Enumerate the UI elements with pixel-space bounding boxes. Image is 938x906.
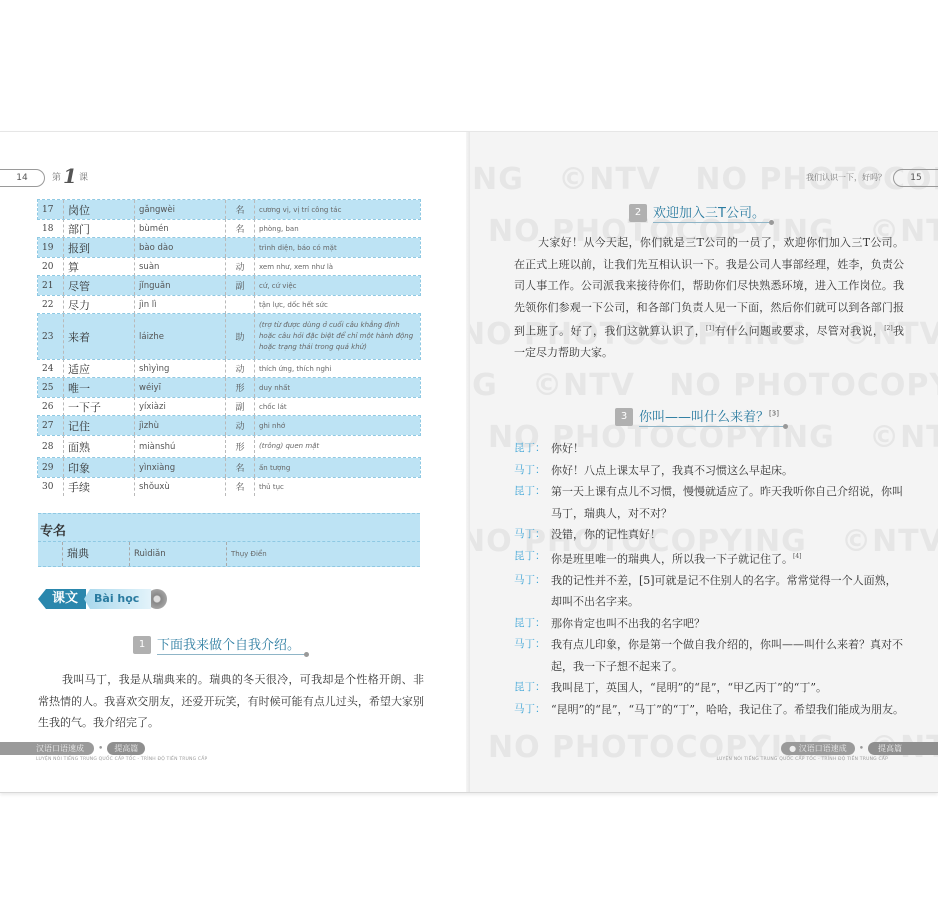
vocab-row: 26一下子yíxiàzi副chốc lát [38, 397, 420, 416]
vocab-part-of-speech [226, 238, 255, 257]
vocab-row: 18部门bùmén名phòng, ban [38, 219, 420, 238]
dialogue-text: 我有点儿印象，你是第一个做自我介绍的，你叫——叫什么来着？真对不起，我一下子想不… [551, 634, 904, 677]
dialogue-text: “昆明”的“昆”，“马丁”的“丁”，哈哈，我记住了。希望我们能成为朋友。 [551, 699, 904, 721]
vocab-meaning: xem như, xem như là [255, 257, 421, 276]
vocab-row: 22尽力jìn lìtận lực, dốc hết sức [38, 295, 420, 314]
section-heading: 你叫——叫什么来着？[3] [639, 406, 785, 427]
dialogue-line: 马丁：我的记性并不差，[5]可就是记不住别人的名字。常常觉得一个人面熟，却叫不出… [514, 570, 904, 613]
dialogue-line: 昆丁：第一天上课有点儿不习惯，慢慢就适应了。昨天我听你自己介绍说，你叫马丁，瑞典… [514, 481, 904, 524]
vocabulary-table: 17岗位gǎngwèi名cương vị, vị trí công tác18部… [38, 200, 420, 496]
vocab-pinyin: shǒuxù [135, 477, 226, 496]
vocab-meaning: cương vị, vị trí công tác [255, 200, 421, 219]
vocab-row: 27记住jìzhù动ghi nhớ [38, 416, 420, 435]
proper-nouns-box: 专名 瑞典 Ruìdiǎn Thụy Điển [38, 513, 420, 567]
vocab-meaning: chốc lát [255, 397, 421, 416]
vocab-index: 29 [38, 458, 64, 477]
speaker-name: 马丁： [514, 570, 551, 613]
vocab-index: 24 [38, 359, 64, 378]
speaker-name: 马丁： [514, 699, 551, 721]
dialogue-text: 你是班里唯一的瑞典人，所以我一下子就记住了。[4] [551, 546, 904, 570]
vocab-index: 27 [38, 416, 64, 435]
proper-noun-hanzi: 瑞典 [62, 542, 129, 566]
vocab-meaning: thủ tục [255, 477, 421, 496]
vocab-part-of-speech: 形 [226, 435, 255, 458]
watermark: IG ©NTV NO PHOTOCOPYING [470, 368, 938, 403]
vocab-pinyin: suàn [135, 257, 226, 276]
proper-noun-meaning: Thụy Điển [226, 542, 267, 566]
footer-book-title: ● 汉语口语速成 [781, 742, 855, 755]
footer-left: 汉语口语速成 • 提高篇 LUYỆN NÓI TIẾNG TRUNG QUỐC … [0, 742, 207, 762]
speaker-name: 马丁： [514, 634, 551, 677]
footer-level: 提高篇 [107, 742, 145, 755]
vocab-meaning: duy nhất [255, 378, 421, 397]
vocab-pinyin: láizhe [135, 314, 226, 359]
vocab-meaning: ghi nhớ [255, 416, 421, 435]
vocab-row: 30手续shǒuxù名thủ tục [38, 477, 420, 496]
vocab-hanzi: 手续 [64, 477, 135, 496]
vocab-hanzi: 岗位 [64, 200, 135, 219]
text-badge-zh: 课文 [38, 589, 86, 609]
speaker-name: 昆丁： [514, 613, 551, 635]
section-1-title: 1 下面我来做个自我介绍。 [133, 634, 306, 655]
vocab-hanzi: 适应 [64, 359, 135, 378]
dialogue-line: 昆丁：我叫昆丁，英国人，“昆明”的“昆”，“甲乙丙丁”的“丁”。 [514, 677, 904, 699]
vocab-hanzi: 算 [64, 257, 135, 276]
vocab-part-of-speech: 名 [226, 477, 255, 496]
vocab-row: 23来着láizhe助(trợ từ được dùng ở cuối câu … [38, 314, 420, 359]
vocab-index: 17 [38, 200, 64, 219]
vocab-hanzi: 报到 [64, 238, 135, 257]
vocab-index: 20 [38, 257, 64, 276]
footer-subtitle: LUYỆN NÓI TIẾNG TRUNG QUỐC CẤP TỐC - TRÌ… [36, 757, 207, 762]
vocab-meaning: phòng, ban [255, 219, 421, 238]
section-heading: 欢迎加入三T公司。 [653, 202, 771, 223]
speaker-name: 马丁： [514, 460, 551, 482]
vocab-meaning: trình diện, báo có mặt [255, 238, 421, 257]
footer-level: 提高篇 [868, 742, 938, 755]
vocab-meaning: cứ, cứ việc [255, 276, 421, 295]
vocab-pinyin: yìnxiàng [135, 458, 226, 477]
vocab-row: 28面熟miànshú形(trông) quen mặt [38, 435, 420, 458]
dialogue-line: 马丁：你好！八点上课太早了，我真不习惯这么早起床。 [514, 460, 904, 482]
vocab-pinyin: yíxiàzi [135, 397, 226, 416]
vocab-pinyin: gǎngwèi [135, 200, 226, 219]
dialogue-text: 那你肯定也叫不出我的名字吧？ [551, 613, 904, 635]
vocab-index: 19 [38, 238, 64, 257]
vocab-part-of-speech: 动 [226, 257, 255, 276]
vocab-part-of-speech [226, 295, 255, 314]
vocab-part-of-speech: 副 [226, 397, 255, 416]
section-number: 1 [133, 636, 151, 654]
vocab-part-of-speech: 动 [226, 416, 255, 435]
vocab-part-of-speech: 动 [226, 359, 255, 378]
proper-noun-row: 瑞典 Ruìdiǎn Thụy Điển [38, 541, 420, 566]
vocab-part-of-speech: 助 [226, 314, 255, 359]
vocab-row: 17岗位gǎngwèi名cương vị, vị trí công tác [38, 200, 420, 219]
vocab-part-of-speech: 名 [226, 458, 255, 477]
vocab-pinyin: bùmén [135, 219, 226, 238]
dialogue-text: 你好！ [551, 438, 904, 460]
dialogue: 昆丁：你好！马丁：你好！八点上课太早了，我真不习惯这么早起床。昆丁：第一天上课有… [514, 438, 904, 720]
proper-noun-pinyin: Ruìdiǎn [129, 542, 226, 566]
dialogue-line: 昆丁：你好！ [514, 438, 904, 460]
page-number-right: 15 [893, 169, 938, 187]
section-2-title: 2 欢迎加入三T公司。 [629, 202, 771, 223]
footer-subtitle: LUYỆN NÓI TIẾNG TRUNG QUỐC CẤP TỐC - TRÌ… [717, 757, 888, 762]
vocab-part-of-speech: 副 [226, 276, 255, 295]
vocab-part-of-speech: 名 [226, 219, 255, 238]
vocab-meaning: thích ứng, thích nghi [255, 359, 421, 378]
proper-nouns-title: 专名 [40, 520, 66, 539]
vocab-meaning: ấn tượng [255, 458, 421, 477]
lesson-label-post: 课 [79, 170, 88, 183]
lesson-marker: 第 1 课 [52, 166, 88, 186]
vocab-pinyin: jìn lì [135, 295, 226, 314]
page-header-title: 我们认识一下，好吗？ [806, 172, 886, 183]
speaker-name: 昆丁： [514, 677, 551, 699]
vocab-pinyin: jǐnguǎn [135, 276, 226, 295]
dialogue-text: 我叫昆丁，英国人，“昆明”的“昆”，“甲乙丙丁”的“丁”。 [551, 677, 904, 699]
vocab-meaning: (trông) quen mặt [255, 435, 421, 458]
speaker-name: 昆丁： [514, 546, 551, 570]
dialogue-line: 马丁：“昆明”的“昆”，“马丁”的“丁”，哈哈，我记住了。希望我们能成为朋友。 [514, 699, 904, 721]
vocab-index: 22 [38, 295, 64, 314]
left-page: 14 第 1 课 17岗位gǎngwèi名cương vị, vị trí cô… [0, 132, 470, 792]
vocab-pinyin: miànshú [135, 435, 226, 458]
vocab-meaning: tận lực, dốc hết sức [255, 295, 421, 314]
vocab-pinyin: wéiyī [135, 378, 226, 397]
vocab-row: 19报到bào dàotrình diện, báo có mặt [38, 238, 420, 257]
vocab-part-of-speech: 形 [226, 378, 255, 397]
vocab-hanzi: 记住 [64, 416, 135, 435]
vocab-index: 30 [38, 477, 64, 496]
dialogue-line: 马丁：我有点儿印象，你是第一个做自我介绍的，你叫——叫什么来着？真对不起，我一下… [514, 634, 904, 677]
vocab-index: 23 [38, 314, 64, 359]
vocab-index: 28 [38, 435, 64, 458]
speaker-name: 昆丁： [514, 438, 551, 460]
footer-book-title: 汉语口语速成 [0, 742, 94, 755]
dialogue-line: 马丁：没错，你的记性真好！ [514, 524, 904, 546]
section-number: 2 [629, 204, 647, 222]
vocab-index: 18 [38, 219, 64, 238]
section-heading: 下面我来做个自我介绍。 [157, 634, 306, 655]
section-3-title: 3 你叫——叫什么来着？[3] [615, 406, 785, 427]
vocab-index: 25 [38, 378, 64, 397]
vocab-row: 21尽管jǐnguǎn副cứ, cứ việc [38, 276, 420, 295]
vocab-pinyin: bào dào [135, 238, 226, 257]
vocab-row: 24适应shìyìng动thích ứng, thích nghi [38, 359, 420, 378]
footer-right: ● 汉语口语速成 • 提高篇 LUYỆN NÓI TIẾNG TRUNG QUỐ… [717, 742, 938, 762]
page-number-left: 14 [0, 169, 45, 187]
vocab-pinyin: jìzhù [135, 416, 226, 435]
vocab-index: 21 [38, 276, 64, 295]
lesson-label-pre: 第 [52, 170, 61, 183]
vocab-hanzi: 面熟 [64, 435, 135, 458]
vocab-hanzi: 一下子 [64, 397, 135, 416]
text-section-badge: 课文 Bài học [38, 589, 167, 609]
vocab-hanzi: 印象 [64, 458, 135, 477]
dialogue-text: 你好！八点上课太早了，我真不习惯这么早起床。 [551, 460, 904, 482]
vocab-hanzi: 唯一 [64, 378, 135, 397]
vocab-hanzi: 部门 [64, 219, 135, 238]
dialogue-text: 没错，你的记性真好！ [551, 524, 904, 546]
vocab-hanzi: 来着 [64, 314, 135, 359]
dialogue-line: 昆丁：那你肯定也叫不出我的名字吧？ [514, 613, 904, 635]
vocab-row: 20算suàn动xem như, xem như là [38, 257, 420, 276]
dialogue-text: 第一天上课有点儿不习惯，慢慢就适应了。昨天我听你自己介绍说，你叫马丁，瑞典人，对… [551, 481, 904, 524]
vocab-pinyin: shìyìng [135, 359, 226, 378]
speaker-name: 马丁： [514, 524, 551, 546]
lesson-number: 1 [63, 166, 77, 186]
vocab-index: 26 [38, 397, 64, 416]
section-2-paragraph: 大家好！从今天起，你们就是三T公司的一员了，欢迎你们加入三T公司。在正式上班以前… [514, 232, 904, 364]
dialogue-line: 昆丁：你是班里唯一的瑞典人，所以我一下子就记住了。[4] [514, 546, 904, 570]
section-number: 3 [615, 408, 633, 426]
section-1-paragraph: 我叫马丁，我是从瑞典来的。瑞典的冬天很冷，可我却是个性格开朗、非常热情的人。我喜… [38, 669, 424, 734]
text-badge-vi: Bài học [84, 589, 151, 609]
vocab-part-of-speech: 名 [226, 200, 255, 219]
dialogue-text: 我的记性并不差，[5]可就是记不住别人的名字。常常觉得一个人面熟，却叫不出名字来… [551, 570, 904, 613]
speaker-name: 昆丁： [514, 481, 551, 524]
vocab-meaning: (trợ từ được dùng ở cuối câu khẳng định … [255, 314, 421, 359]
vocab-hanzi: 尽力 [64, 295, 135, 314]
vocab-row: 29印象yìnxiàng名ấn tượng [38, 458, 420, 477]
vocab-row: 25唯一wéiyī形duy nhất [38, 378, 420, 397]
vocab-hanzi: 尽管 [64, 276, 135, 295]
